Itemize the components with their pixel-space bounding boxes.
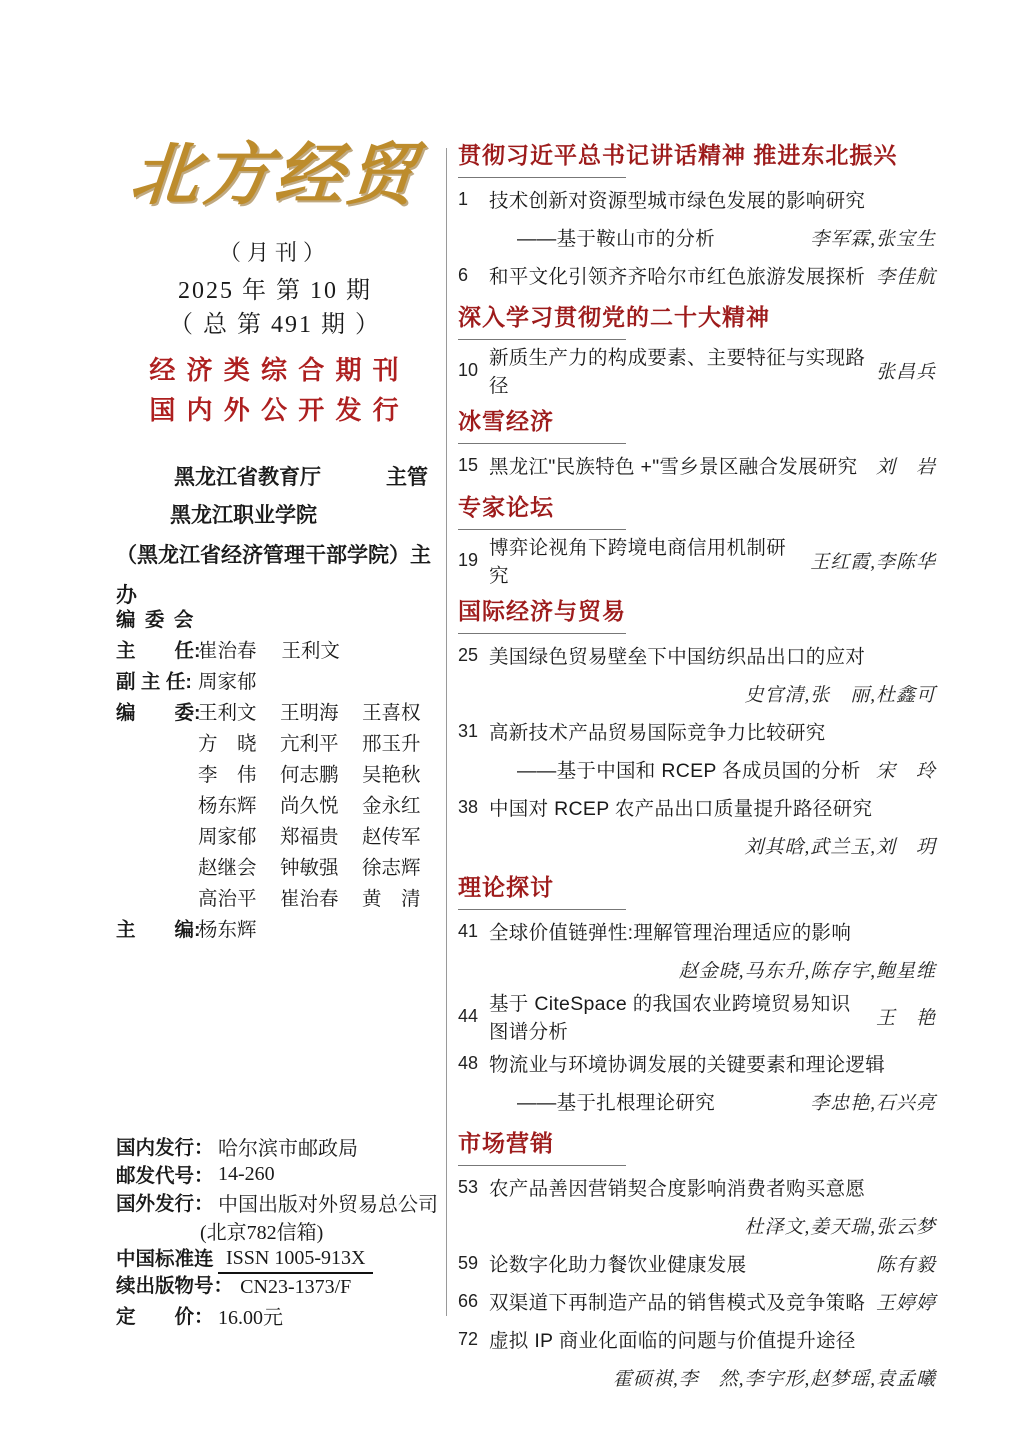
article-authors: 赵金晓,马东升,陈存宇,鲍星维 [669, 956, 936, 983]
toc-item-row: 53 农产品善因营销契合度影响消费者购买意愿 [458, 1168, 936, 1206]
article-title: 全球价值链弹性:理解管理治理适应的影响 [489, 917, 936, 945]
chief-editor-row: 主 编: 杨东辉 [116, 912, 442, 943]
toc-authors-row: 赵金晓,马东升,陈存宇,鲍星维 [458, 950, 936, 988]
foreign-distribution-label: 国外发行： [116, 1188, 218, 1216]
page-number: 59 [458, 1253, 489, 1274]
toc-section: 冰雪经济 15 黑龙江"民族特色 +"雪乡景区融合发展研究 刘 岩 [458, 406, 936, 484]
publication-info-block: 国内发行： 哈尔滨市邮政局 邮发代号： 14-260 国外发行： 中国出版对外贸… [116, 1132, 452, 1329]
section-heading: 市场营销 [458, 1128, 936, 1158]
article-authors: 杜泽文,姜天瑞,张云梦 [734, 1212, 936, 1239]
journal-logo: 北方经贸 [113, 138, 438, 213]
member-name: 钟敏强 [280, 852, 362, 880]
member-name: 郑福贵 [280, 821, 362, 849]
member-name: 吴艳秋 [362, 759, 444, 787]
supervisor-row: 黑龙江省教育厅 主管 [116, 456, 434, 496]
section-heading: 国际经济与贸易 [458, 596, 936, 626]
member-name: 尚久悦 [280, 790, 362, 818]
domestic-distribution-value: 哈尔滨市邮政局 [218, 1132, 358, 1161]
page-number: 25 [458, 645, 489, 666]
article-subtitle: ——基于扎根理论研究 [458, 1087, 800, 1115]
toc-item-row: 72 虚拟 IP 商业化面临的问题与价值提升途径 [458, 1320, 936, 1358]
article-title: 高新技术产品贸易国际竞争力比较研究 [489, 717, 936, 745]
member-name: 李 伟 [198, 759, 280, 787]
article-title: 黑龙江"民族特色 +"雪乡景区融合发展研究 [489, 451, 866, 479]
organizer-org1: 黑龙江职业学院 [116, 496, 434, 536]
director-names: 崔治春 王利文 [198, 635, 340, 663]
article-title: 物流业与环境协调发展的关键要素和理论逻辑 [489, 1049, 936, 1077]
issn-value: ISSN 1005-913X [218, 1246, 373, 1274]
toc-item-row: 59 论数字化助力餐饮业健康发展 陈有毅 [458, 1244, 936, 1282]
toc-section: 市场营销 53 农产品善因营销契合度影响消费者购买意愿 杜泽文,姜天瑞,张云梦 … [458, 1128, 936, 1396]
article-authors: 张昌兵 [866, 357, 936, 384]
member-name: 方 晓 [198, 728, 280, 756]
cn-value: CN23-1373/F [218, 1274, 373, 1299]
article-authors: 王婷婷 [866, 1288, 936, 1315]
foreign-distribution-mailbox: (北京782信箱) [116, 1216, 323, 1245]
article-title: 和平文化引领齐齐哈尔市红色旅游发展探析 [489, 261, 866, 289]
page-number: 38 [458, 797, 489, 818]
page-number: 15 [458, 455, 489, 476]
organizer-org2: （黑龙江省经济管理干部学院）主办 [116, 536, 434, 576]
serial-numbers: ISSN 1005-913X CN23-1373/F [218, 1246, 373, 1300]
editorial-board-title: 编 委 会 [116, 604, 195, 632]
article-title: 美国绿色贸易壁垒下中国纺织品出口的应对 [489, 641, 936, 669]
toc-item-row: 44 基于 CiteSpace 的我国农业跨境贸易知识图谱分析 王 艳 [458, 988, 936, 1044]
article-authors: 宋 玲 [866, 756, 936, 783]
toc-item-row: 66 双渠道下再制造产品的销售模式及竞争策略 王婷婷 [458, 1282, 936, 1320]
article-title: 双渠道下再制造产品的销售模式及竞争策略 [489, 1287, 866, 1315]
toc-section: 深入学习贯彻党的二十大精神 10 新质生产力的构成要素、主要特征与实现路径 张昌… [458, 302, 936, 398]
section-heading: 深入学习贯彻党的二十大精神 [458, 302, 936, 332]
serial-number-row: 中国标准连 续出版物号： ISSN 1005-913X CN23-1373/F [116, 1246, 452, 1300]
member-name: 崔治春 [280, 883, 362, 911]
journal-contents-page: 北方经贸 （月刊） 2025 年 第 10 期 （ 总 第 491 期 ） 经 … [0, 0, 1024, 1436]
toc-item-row: 48 物流业与环境协调发展的关键要素和理论逻辑 [458, 1044, 936, 1082]
section-heading: 冰雪经济 [458, 406, 936, 436]
article-authors: 王红霞,李陈华 [800, 547, 936, 574]
director-label: 主 任: [116, 635, 198, 663]
section-rule [458, 339, 626, 340]
page-number: 6 [458, 265, 489, 286]
page-number: 10 [458, 360, 489, 381]
article-title: 基于 CiteSpace 的我国农业跨境贸易知识图谱分析 [489, 988, 866, 1044]
member-name: 邢玉升 [362, 728, 444, 756]
section-rule [458, 529, 626, 530]
toc-item-row: 19 博弈论视角下跨境电商信用机制研究 王红霞,李陈华 [458, 532, 936, 588]
member-name: 何志鹏 [280, 759, 362, 787]
deputy-director-row: 副 主 任: 周家郁 [116, 664, 442, 695]
members-row: 杨东辉 尚久悦 金永红 [116, 788, 442, 819]
journal-category-line: 经 济 类 综 合 期 刊 [116, 350, 434, 387]
toc-item-row: 31 高新技术产品贸易国际竞争力比较研究 [458, 712, 936, 750]
member-name: 杨东辉 [198, 790, 280, 818]
member-name: 王喜权 [362, 697, 444, 725]
page-number: 41 [458, 921, 489, 942]
supervisor-org: 黑龙江省教育厅 [174, 461, 321, 491]
page-number: 19 [458, 550, 489, 571]
member-name: 赵继会 [198, 852, 280, 880]
toc-authors-row: 史官清,张 丽,杜鑫可 [458, 674, 936, 712]
foreign-distribution-row2: (北京782信箱) [116, 1216, 452, 1244]
article-authors: 刘 岩 [866, 452, 936, 479]
member-name: 王明海 [280, 697, 362, 725]
article-authors: 李佳航 [866, 262, 936, 289]
page-number: 44 [458, 1006, 489, 1027]
toc-authors-row: 杜泽文,姜天瑞,张云梦 [458, 1206, 936, 1244]
issue-number: 2025 年 第 10 期 [116, 270, 434, 305]
toc-section: 理论探讨 41 全球价值链弹性:理解管理治理适应的影响 赵金晓,马东升,陈存宇,… [458, 872, 936, 1120]
article-authors: 史官清,张 丽,杜鑫可 [734, 680, 936, 707]
table-of-contents: 贯彻习近平总书记讲话精神 推进东北振兴 1 技术创新对资源型城市绿色发展的影响研… [458, 140, 936, 1396]
price-row: 定 价： 16.00元 [116, 1301, 452, 1329]
members-row: 赵继会 钟敏强 徐志辉 [116, 850, 442, 881]
cumulative-issue-number: （ 总 第 491 期 ） [116, 304, 434, 339]
postal-code-label: 邮发代号： [116, 1160, 218, 1188]
article-subtitle: ——基于鞍山市的分析 [458, 223, 800, 251]
member-name: 赵传军 [362, 821, 444, 849]
foreign-distribution-value: 中国出版对外贸易总公司 [218, 1188, 438, 1217]
toc-authors-row: 刘其晗,武兰玉,刘 玥 [458, 826, 936, 864]
article-authors: 李军霖,张宝生 [800, 224, 936, 251]
postal-code-row: 邮发代号： 14-260 [116, 1160, 452, 1188]
column-divider [446, 148, 447, 1316]
member-name: 黄 清 [362, 883, 444, 911]
domestic-distribution-row: 国内发行： 哈尔滨市邮政局 [116, 1132, 452, 1160]
members-row: 李 伟 何志鹏 吴艳秋 [116, 757, 442, 788]
toc-subtitle-row: ——基于鞍山市的分析 李军霖,张宝生 [458, 218, 936, 256]
toc-subtitle-row: ——基于中国和 RCEP 各成员国的分析 宋 玲 [458, 750, 936, 788]
member-name: 王利文 [198, 697, 280, 725]
article-title: 虚拟 IP 商业化面临的问题与价值提升途径 [489, 1325, 936, 1353]
toc-item-row: 41 全球价值链弹性:理解管理治理适应的影响 [458, 912, 936, 950]
page-number: 48 [458, 1053, 489, 1074]
toc-item-row: 6 和平文化引领齐齐哈尔市红色旅游发展探析 李佳航 [458, 256, 936, 294]
section-heading: 理论探讨 [458, 872, 936, 902]
director-row: 主 任: 崔治春 王利文 [116, 633, 442, 664]
journal-frequency: （月刊） [116, 236, 434, 267]
member-name: 周家郁 [198, 821, 280, 849]
editorial-board-block: 编 委 会 主 任: 崔治春 王利文 副 主 任: 周家郁 编 委: 王利文 王… [116, 602, 442, 943]
foreign-distribution-row: 国外发行： 中国出版对外贸易总公司 [116, 1188, 452, 1216]
article-authors: 刘其晗,武兰玉,刘 玥 [734, 832, 936, 859]
chief-editor-label: 主 编: [116, 914, 198, 942]
serial-number-label: 中国标准连 续出版物号： [116, 1246, 218, 1300]
section-heading: 贯彻习近平总书记讲话精神 推进东北振兴 [458, 140, 936, 170]
price-label: 定 价： [116, 1301, 218, 1329]
toc-item-row: 38 中国对 RCEP 农产品出口质量提升路径研究 [458, 788, 936, 826]
section-rule [458, 177, 626, 178]
article-authors: 霍硕祺,李 然,李宇形,赵梦瑶,袁孟曦 [603, 1364, 936, 1391]
publisher-block: 黑龙江省教育厅 主管 黑龙江职业学院 （黑龙江省经济管理干部学院）主办 [116, 456, 434, 576]
deputy-director-label: 副 主 任: [116, 666, 198, 694]
section-rule [458, 1165, 626, 1166]
section-rule [458, 909, 626, 910]
member-name: 徐志辉 [362, 852, 444, 880]
toc-item-row: 15 黑龙江"民族特色 +"雪乡景区融合发展研究 刘 岩 [458, 446, 936, 484]
article-title: 论数字化助力餐饮业健康发展 [489, 1249, 866, 1277]
toc-item-row: 10 新质生产力的构成要素、主要特征与实现路径 张昌兵 [458, 342, 936, 398]
section-rule [458, 633, 626, 634]
toc-section: 国际经济与贸易 25 美国绿色贸易壁垒下中国纺织品出口的应对 史官清,张 丽,杜… [458, 596, 936, 864]
page-number: 53 [458, 1177, 489, 1198]
toc-item-row: 1 技术创新对资源型城市绿色发展的影响研究 [458, 180, 936, 218]
toc-section: 贯彻习近平总书记讲话精神 推进东北振兴 1 技术创新对资源型城市绿色发展的影响研… [458, 140, 936, 294]
article-title: 中国对 RCEP 农产品出口质量提升路径研究 [489, 793, 936, 821]
domestic-distribution-label: 国内发行： [116, 1132, 218, 1160]
article-authors: 王 艳 [866, 1003, 936, 1030]
supervisor-role: 主管 [386, 461, 428, 491]
postal-code-value: 14-260 [218, 1163, 275, 1186]
toc-item-row: 25 美国绿色贸易壁垒下中国纺织品出口的应对 [458, 636, 936, 674]
members-row: 方 晓 亢利平 邢玉升 [116, 726, 442, 757]
article-title: 博弈论视角下跨境电商信用机制研究 [489, 532, 800, 588]
section-heading: 专家论坛 [458, 492, 936, 522]
toc-subtitle-row: ——基于扎根理论研究 李忠艳,石兴亮 [458, 1082, 936, 1120]
member-name: 高治平 [198, 883, 280, 911]
article-title: 新质生产力的构成要素、主要特征与实现路径 [489, 342, 866, 398]
member-name: 亢利平 [280, 728, 362, 756]
page-number: 1 [458, 189, 489, 210]
article-subtitle: ——基于中国和 RCEP 各成员国的分析 [458, 755, 866, 783]
page-number: 66 [458, 1291, 489, 1312]
page-number: 72 [458, 1329, 489, 1350]
members-row: 编 委: 王利文 王明海 王喜权 [116, 695, 442, 726]
article-title: 技术创新对资源型城市绿色发展的影响研究 [489, 185, 936, 213]
price-value: 16.00元 [218, 1301, 283, 1330]
toc-section: 专家论坛 19 博弈论视角下跨境电商信用机制研究 王红霞,李陈华 [458, 492, 936, 588]
section-rule [458, 443, 626, 444]
members-row: 周家郁 郑福贵 赵传军 [116, 819, 442, 850]
member-name: 金永红 [362, 790, 444, 818]
journal-distribution-line: 国 内 外 公 开 发 行 [116, 390, 434, 427]
page-number: 31 [458, 721, 489, 742]
article-authors: 陈有毅 [866, 1250, 936, 1277]
members-row: 高治平 崔治春 黄 清 [116, 881, 442, 912]
toc-authors-row: 霍硕祺,李 然,李宇形,赵梦瑶,袁孟曦 [458, 1358, 936, 1396]
article-title: 农产品善因营销契合度影响消费者购买意愿 [489, 1173, 936, 1201]
chief-editor-name: 杨东辉 [198, 914, 257, 942]
deputy-director-name: 周家郁 [198, 666, 257, 694]
article-authors: 李忠艳,石兴亮 [800, 1088, 936, 1115]
members-label: 编 委: [116, 697, 198, 725]
